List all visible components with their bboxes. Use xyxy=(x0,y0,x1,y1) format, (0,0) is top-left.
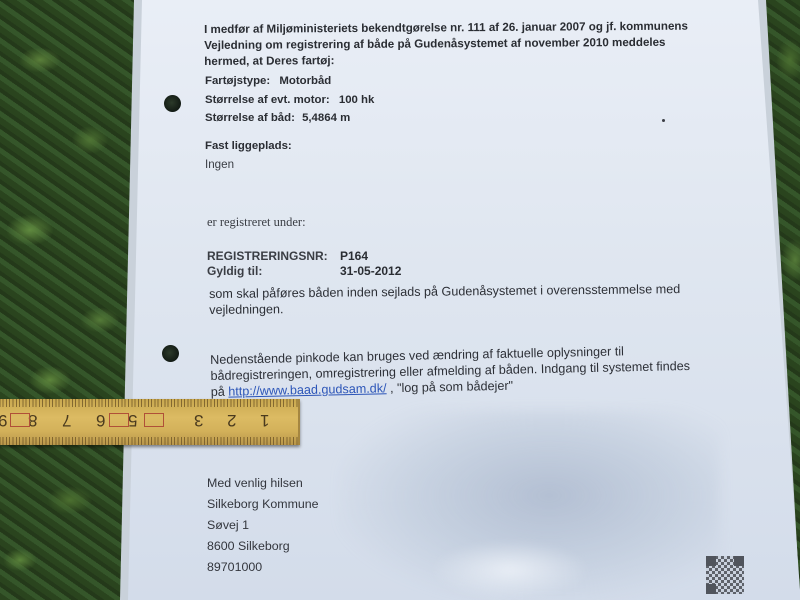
boat-size-value: 5,4864 m xyxy=(302,112,350,124)
vessel-type-value: Motorbåd xyxy=(279,75,331,87)
intro-line-3: hermed, at Deres fartøj: xyxy=(204,51,688,70)
intro-paragraph: I medfør af Miljøministeriets bekendtgør… xyxy=(204,19,688,70)
ruler-number: 7 xyxy=(62,410,71,430)
signature-organization: Silkeborg Kommune xyxy=(207,494,319,515)
ruler-stamp xyxy=(10,413,30,427)
ruler-number: 1 xyxy=(260,410,269,430)
folding-ruler: 9 8 7 6 5 3 2 1 xyxy=(0,399,300,445)
qr-code xyxy=(706,556,744,594)
motor-size-label: Størrelse af evt. motor: xyxy=(205,94,330,106)
marking-paragraph: som skal påføres båden inden sejlads på … xyxy=(209,281,680,318)
registration-number-value: P164 xyxy=(340,249,368,263)
ruler-number: 2 xyxy=(227,410,236,430)
ruler-stamp xyxy=(109,413,129,427)
boat-registry-link[interactable]: http://www.baad.gudsam.dk/ xyxy=(228,381,386,398)
motor-size-value: 100 hk xyxy=(339,94,374,106)
vessel-type-label: Fartøjstype: xyxy=(205,75,270,87)
document-text: I medfør af Miljøministeriets bekendtgør… xyxy=(0,0,800,600)
signature-city: 8600 Silkeborg xyxy=(207,536,319,557)
ruler-ticks-top xyxy=(0,399,298,407)
boat-size-row: Størrelse af båd: 5,4864 m xyxy=(205,112,350,124)
mooring-label: Fast liggeplads: xyxy=(205,140,292,152)
ruler-number: 9 xyxy=(0,410,7,430)
signature-greeting: Med venlig hilsen xyxy=(207,473,319,494)
signature-block: Med venlig hilsen Silkeborg Kommune Søve… xyxy=(207,473,319,578)
signature-street: Søvej 1 xyxy=(207,515,319,536)
registration-number-label: REGISTRERINGSNR: xyxy=(207,249,328,263)
vessel-type-row: Fartøjstype: Motorbåd xyxy=(205,75,331,87)
registered-under-text: er registreret under: xyxy=(207,215,306,230)
ruler-number: 3 xyxy=(194,410,203,430)
ruler-ticks-bottom xyxy=(0,437,298,445)
intro-line-2: Vejledning om registrering af både på Gu… xyxy=(204,35,688,54)
valid-until-label: Gyldig til: xyxy=(207,264,262,278)
access-suffix: , "log på som bådejer" xyxy=(390,379,513,396)
pincode-paragraph: Nedenstående pinkode kan bruges ved ændr… xyxy=(210,342,690,400)
ruler-number: 5 xyxy=(128,410,137,430)
signature-phone: 89701000 xyxy=(207,557,319,578)
ruler-stamp xyxy=(144,413,164,427)
valid-until-value: 31-05-2012 xyxy=(340,264,401,278)
access-prefix: på xyxy=(211,385,225,399)
paper-speck xyxy=(662,119,665,122)
motor-size-row: Størrelse af evt. motor: 100 hk xyxy=(205,94,374,106)
ruler-number: 6 xyxy=(96,410,105,430)
mooring-value: Ingen xyxy=(205,158,234,171)
boat-size-label: Størrelse af båd: xyxy=(205,112,295,124)
